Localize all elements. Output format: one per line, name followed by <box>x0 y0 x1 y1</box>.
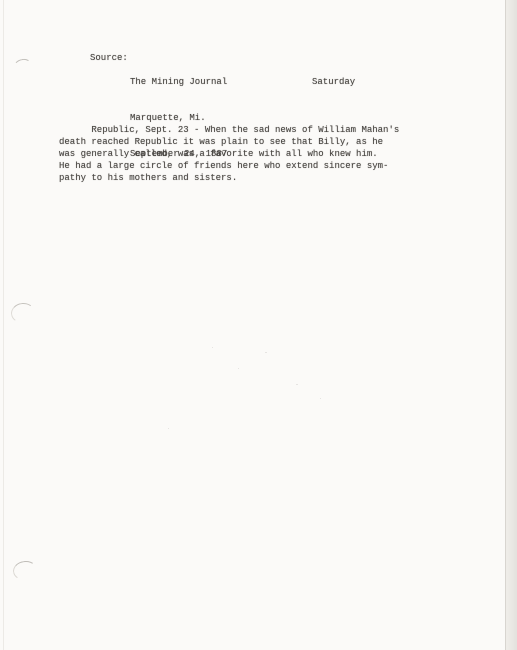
scan-speck <box>168 428 169 429</box>
scan-speck <box>265 352 267 353</box>
scan-speck <box>238 368 239 369</box>
publication-location: Marquette, Mi. <box>130 112 227 124</box>
scan-speck <box>212 347 213 348</box>
publication-name: The Mining Journal <box>130 76 227 88</box>
scan-edge-margin <box>505 0 517 650</box>
scan-speck <box>296 384 298 385</box>
punch-hole-shadow <box>10 302 36 324</box>
weekday-label: Saturday <box>312 76 355 88</box>
source-label: Source: <box>90 52 128 64</box>
article-text: Republic, Sept. 23 - When the sad news o… <box>59 124 399 184</box>
page-left-edge <box>3 0 4 650</box>
scan-speck <box>320 398 321 399</box>
punch-hole-shadow <box>12 559 38 581</box>
punch-hole-shadow <box>13 58 33 75</box>
scanned-document-page: Source: The Mining Journal Marquette, Mi… <box>0 0 517 650</box>
